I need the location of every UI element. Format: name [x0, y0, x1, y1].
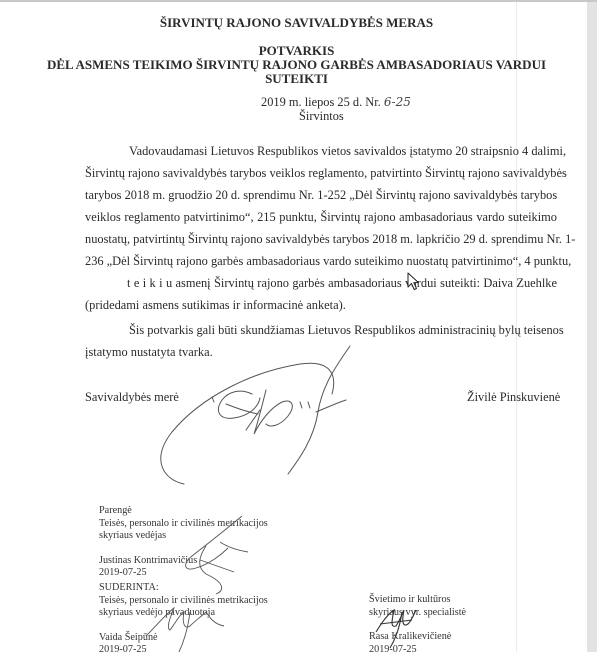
paragraph-line: (pridedami asmens sutikimas ir informaci…: [85, 294, 557, 316]
paragraph-line: Širvintų rajono savivaldybės tarybos vei…: [85, 162, 557, 184]
signer-name: Živilė Pinskuvienė: [467, 386, 560, 408]
mayor-signature: [150, 342, 420, 492]
paragraph-line: tarybos 2018 m. gruodžio 20 d. sprendimu…: [85, 184, 557, 206]
paragraph-line: nuostatų, patvirtintų Širvintų rajono sa…: [85, 228, 557, 250]
document-page: ŠIRVINTŲ RAJONO SAVIVALDYBĖS MERAS POTVA…: [0, 2, 587, 652]
paragraph-line: Vadovaudamasi Lietuvos Respublikos vieto…: [129, 140, 557, 162]
document-place: Širvintos: [299, 108, 344, 124]
date-text: 2019 m. liepos 25 d. Nr.: [261, 95, 381, 109]
paragraph-line: veiklos reglamento patvirtinimo“, 215 pu…: [85, 206, 557, 228]
paragraph-line: t e i k i u asmenį Širvintų rajono garbė…: [127, 272, 557, 294]
mouse-pointer-arrow-icon: [407, 272, 421, 292]
agreed-signature: [140, 602, 240, 652]
paragraph-line: Šis potvarkis gali būti skundžiamas Liet…: [129, 319, 557, 341]
document-number: 6-25: [384, 95, 411, 109]
agreed2-signature: [372, 602, 422, 652]
issuer-heading: ŠIRVINTŲ RAJONO SAVIVALDYBĖS MERAS: [0, 15, 587, 31]
document-title-line2: SUTEIKTI: [0, 71, 587, 87]
agreed-label: SUDERINTA:: [99, 582, 268, 595]
paragraph-line: 236 „Dėl Širvintų rajono garbės ambasado…: [85, 250, 557, 272]
